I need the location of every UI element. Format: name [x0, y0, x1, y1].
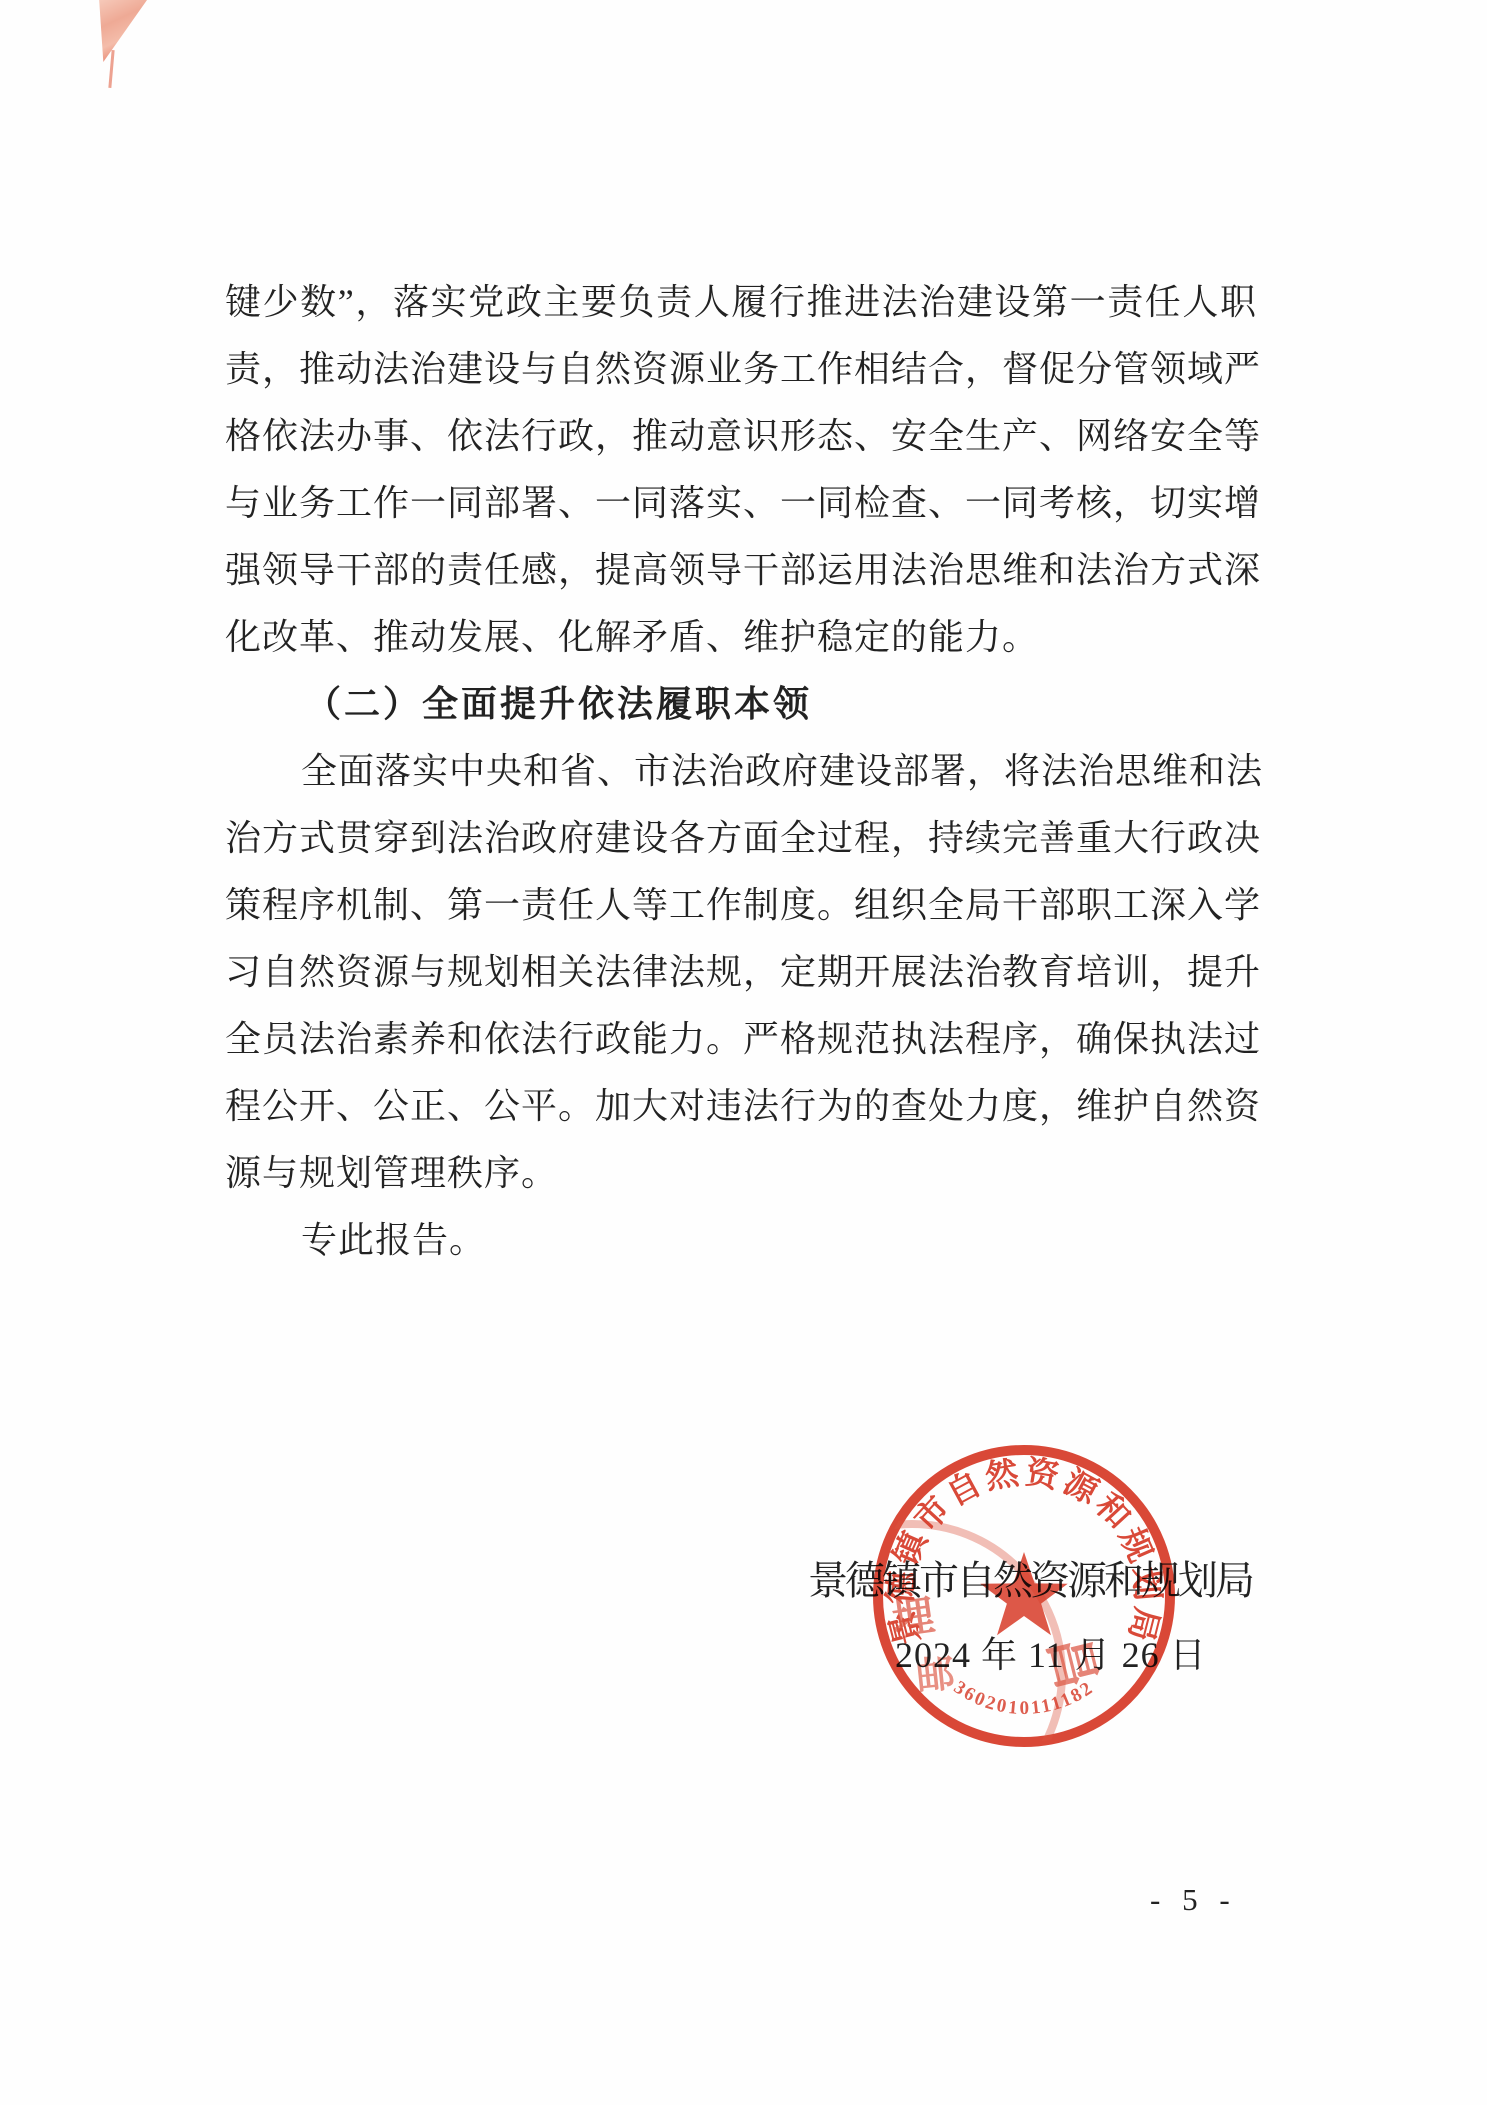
body-text-line: 程公开、公正、公平。加大对违法行为的查处力度，维护自然资: [225, 1073, 1257, 1140]
signature-organization: 景德镇市自然资源和规划局: [808, 1549, 1252, 1606]
page-number: - 5 -: [1150, 1882, 1237, 1918]
corner-smudge-tail: [108, 50, 114, 88]
body-text-line: 键少数”，落实党政主要负责人履行推进法治建设第一责任人职: [225, 269, 1257, 336]
signature-date: 2024 年 11 月 26 日: [895, 1627, 1207, 1678]
section-heading: （二）全面提升依法履职本领: [225, 671, 1257, 738]
body-text-line: 策程序机制、第一责任人等工作制度。组织全局干部职工深入学: [225, 872, 1257, 939]
body-text-line: 习自然资源与规划相关法律法规，定期开展法治教育培训，提升: [225, 939, 1257, 1006]
body-text-line: 与业务工作一同部署、一同落实、一同检查、一同考核，切实增: [225, 470, 1257, 537]
body-text-line: 强领导干部的责任感，提高领导干部运用法治思维和法治方式深: [225, 537, 1257, 604]
body-text-line: 治方式贯穿到法治政府建设各方面全过程，持续完善重大行政决: [225, 805, 1257, 872]
scanned-document-page: 键少数”，落实党政主要负责人履行推进法治建设第一责任人职 责，推动法治建设与自然…: [0, 0, 1487, 2105]
corner-smudge-artifact: [95, 0, 147, 62]
body-text-line: 全面落实中央和省、市法治政府建设部署，将法治思维和法: [225, 738, 1257, 805]
body-text-line: 责，推动法治建设与自然资源业务工作相结合，督促分管领域严: [225, 336, 1257, 403]
closing-phrase: 专此报告。: [225, 1207, 1257, 1274]
seal-serial-number: 3602010111182: [950, 1677, 1098, 1719]
body-text-line: 化改革、推动发展、化解矛盾、维护稳定的能力。: [225, 604, 1257, 671]
document-body: 键少数”，落实党政主要负责人履行推进法治建设第一责任人职 责，推动法治建设与自然…: [225, 269, 1257, 1274]
body-text-line: 源与规划管理秩序。: [225, 1140, 1257, 1207]
body-text-line: 全员法治素养和依法行政能力。严格规范执法程序，确保执法过: [225, 1006, 1257, 1073]
body-text-line: 格依法办事、依法行政，推动意识形态、安全生产、网络安全等: [225, 403, 1257, 470]
